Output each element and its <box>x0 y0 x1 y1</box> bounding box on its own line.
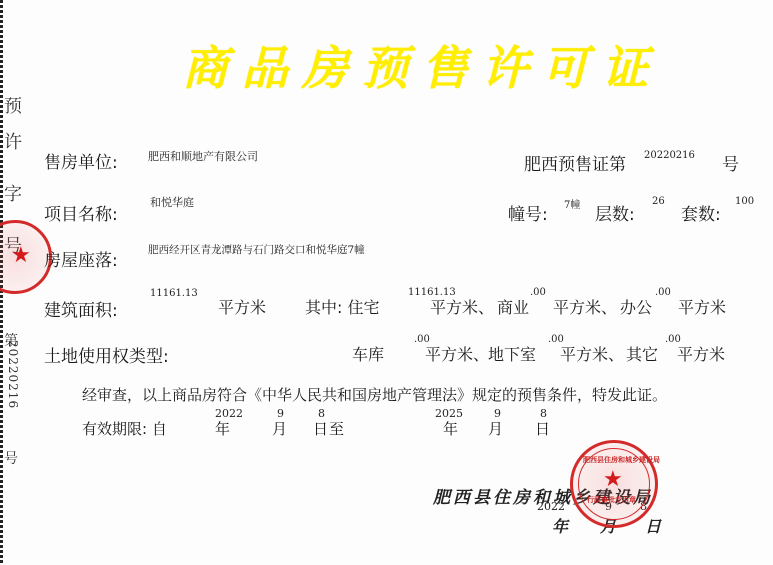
seal-star-icon: ★ <box>11 245 31 267</box>
floors-value: 26 <box>652 196 665 207</box>
issue-day-char: 日 <box>645 514 664 537</box>
basement-area-unit: 平方米、 <box>560 342 624 365</box>
stub-char: 预 <box>4 92 22 118</box>
total-area-value: 11161.13 <box>150 288 198 299</box>
to-char: 至 <box>329 418 344 439</box>
commercial-area-unit: 平方米、 <box>553 295 617 318</box>
presale-permit-certificate: 预 许 字 号 第 20220216 号 ★ 商品房预售许可证 售房单位: 肥西… <box>0 0 773 565</box>
units-value: 100 <box>735 196 754 207</box>
month-char: 月 <box>272 418 287 439</box>
issue-year-char: 年 <box>552 514 571 537</box>
stub-char: 许 <box>4 128 22 154</box>
project-value: 和悦华庭 <box>150 194 194 210</box>
validity-label: 有效期限: 自 <box>82 418 167 439</box>
cert-number-value: 20220216 <box>644 150 695 161</box>
units-label: 套数: <box>681 200 721 225</box>
residential-area-unit: 平方米、 <box>430 295 494 318</box>
seal-text: 肥西县住房和城乡建设局 <box>583 455 660 465</box>
building-value: 7幢 <box>564 196 580 211</box>
stub-char: 号 <box>4 448 18 468</box>
seller-value: 肥西和顺地产有限公司 <box>148 148 258 164</box>
office-area-unit: 平方米 <box>678 295 726 318</box>
stub-serial-number: 20220216 <box>6 340 20 409</box>
approval-statement: 经审查，以上商品房符合《中华人民共和国房地产管理法》规定的预售条件，特发此证。 <box>82 384 667 405</box>
year-char: 年 <box>443 418 458 439</box>
seller-label: 售房单位: <box>44 148 118 173</box>
stub-char: 字 <box>4 180 22 206</box>
issue-year: 2022 <box>537 500 565 513</box>
year-char: 年 <box>215 418 230 439</box>
floors-label: 层数: <box>595 200 635 225</box>
area-label: 建筑面积: <box>44 296 118 321</box>
commercial-area-value: .00 <box>530 287 546 298</box>
other-label: 其它 <box>626 342 658 365</box>
office-area-value: .00 <box>655 287 671 298</box>
location-value: 肥西经开区青龙潭路与石门路交口和悦华庭7幢 <box>148 242 365 257</box>
building-label: 幢号: <box>508 200 548 225</box>
commercial-label: 商业 <box>497 295 529 318</box>
official-seal: 肥西县住房和城乡建设局 ★ 行政审批专用章 <box>570 440 658 528</box>
garage-area-unit: 平方米、 <box>425 342 489 365</box>
land-use-type-label: 土地使用权类型: <box>44 342 169 367</box>
office-label: 办公 <box>620 295 652 318</box>
garage-label: 车库 <box>352 342 384 365</box>
seal-sub-text: 行政审批专用章 <box>587 495 636 505</box>
day-char: 日 <box>313 418 328 439</box>
project-label: 项目名称: <box>44 200 118 225</box>
total-area-unit: 平方米 <box>218 295 266 318</box>
cert-number-prefix: 肥西预售证第 <box>524 150 626 175</box>
month-char: 月 <box>488 418 503 439</box>
cert-number-suffix: 号 <box>722 150 739 175</box>
of-which-residential-label: 其中: 住宅 <box>305 295 379 318</box>
basement-label: 地下室 <box>488 342 536 365</box>
other-area-unit: 平方米 <box>677 342 725 365</box>
location-label: 房屋座落: <box>44 246 118 271</box>
certificate-title: 商品房预售许可证 <box>182 32 602 92</box>
seal-star-icon: ★ <box>603 469 623 491</box>
day-char: 日 <box>535 418 550 439</box>
